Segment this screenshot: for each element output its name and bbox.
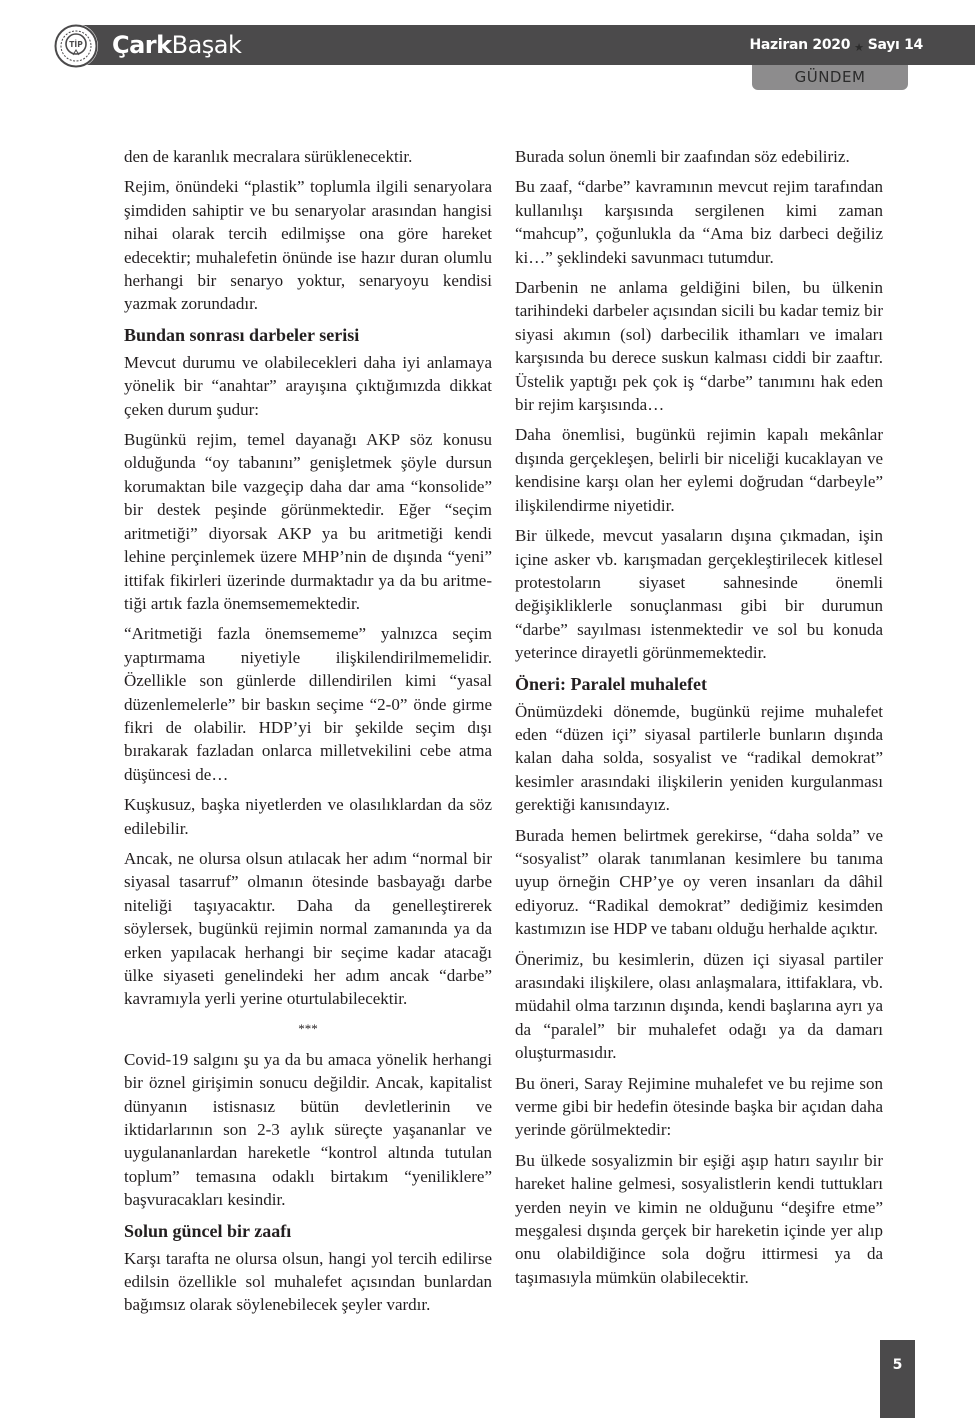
paragraph: Kuşkusuz, başka niyetlerden ve olasılıkl… <box>124 793 492 840</box>
star-icon: ★ <box>854 41 864 54</box>
paragraph: Burada hemen belirtmek gerekirse, “daha … <box>515 824 883 941</box>
brand-title: ÇarkBaşak <box>112 27 241 63</box>
paragraph: Ancak, ne olursa olsun atılacak her adım… <box>124 847 492 1011</box>
article-right-column: Burada solun önemli bir zaafından söz ed… <box>515 145 883 1296</box>
paragraph: “Aritmetiği fazla önemsememe” yalnızca s… <box>124 622 492 786</box>
paragraph: den de karanlık mecralara sürüklenecekti… <box>124 145 492 168</box>
svg-text:TİP: TİP <box>69 40 83 49</box>
section-heading: Öneri: Paralel muhalefet <box>515 672 883 696</box>
paragraph: Önümüzdeki dönemde, bugünkü rejime mu­ha… <box>515 700 883 817</box>
section-heading: Bundan sonrası darbeler serisi <box>124 323 492 347</box>
brand-bold: Çark <box>112 31 172 59</box>
section-heading: Solun güncel bir zaafı <box>124 1219 492 1243</box>
issue-info: Haziran 2020★Sayı 14 <box>749 25 923 65</box>
paragraph: Mevcut durumu ve olabilecekleri daha iyi… <box>124 351 492 421</box>
paragraph: Bugünkü rejim, temel dayanağı AKP söz ko… <box>124 428 492 615</box>
paragraph: Rejim, önündeki “plastik” toplumla ilgil… <box>124 175 492 315</box>
paragraph: Bu öneri, Saray Rejimine muhalefet ve bu… <box>515 1072 883 1142</box>
paragraph: Karşı tarafta ne olursa olsun, hangi yol… <box>124 1247 492 1317</box>
paragraph: Burada solun önemli bir zaafından söz ed… <box>515 145 883 168</box>
paragraph: Önerimiz, bu kesimlerin, düzen içi siyas… <box>515 948 883 1065</box>
section-divider: *** <box>124 1018 492 1040</box>
issue-month: Haziran 2020 <box>749 37 850 53</box>
article-left-column: den de karanlık mecralara sürüklenecekti… <box>124 145 492 1324</box>
paragraph: Bu ülkede sosyalizmin bir eşiği aşıp hat… <box>515 1149 883 1289</box>
issue-number: Sayı 14 <box>868 37 923 53</box>
paragraph: Covid-19 salgını şu ya da bu amaca yönel… <box>124 1048 492 1212</box>
page-number: 5 <box>880 1340 915 1418</box>
paragraph: Daha önemlisi, bugünkü rejimin kapalı me… <box>515 423 883 517</box>
paragraph: Bir ülkede, mevcut yasaların dışına çıkm… <box>515 524 883 664</box>
tip-logo-icon: TİP <box>54 24 98 68</box>
paragraph: Bu zaaf, “darbe” kavramının mevcut rejim… <box>515 175 883 269</box>
paragraph: Darbenin ne anlama geldiğini bilen, bu ü… <box>515 276 883 416</box>
section-tab: GÜNDEM <box>752 65 908 90</box>
brand-regular: Başak <box>172 31 242 59</box>
